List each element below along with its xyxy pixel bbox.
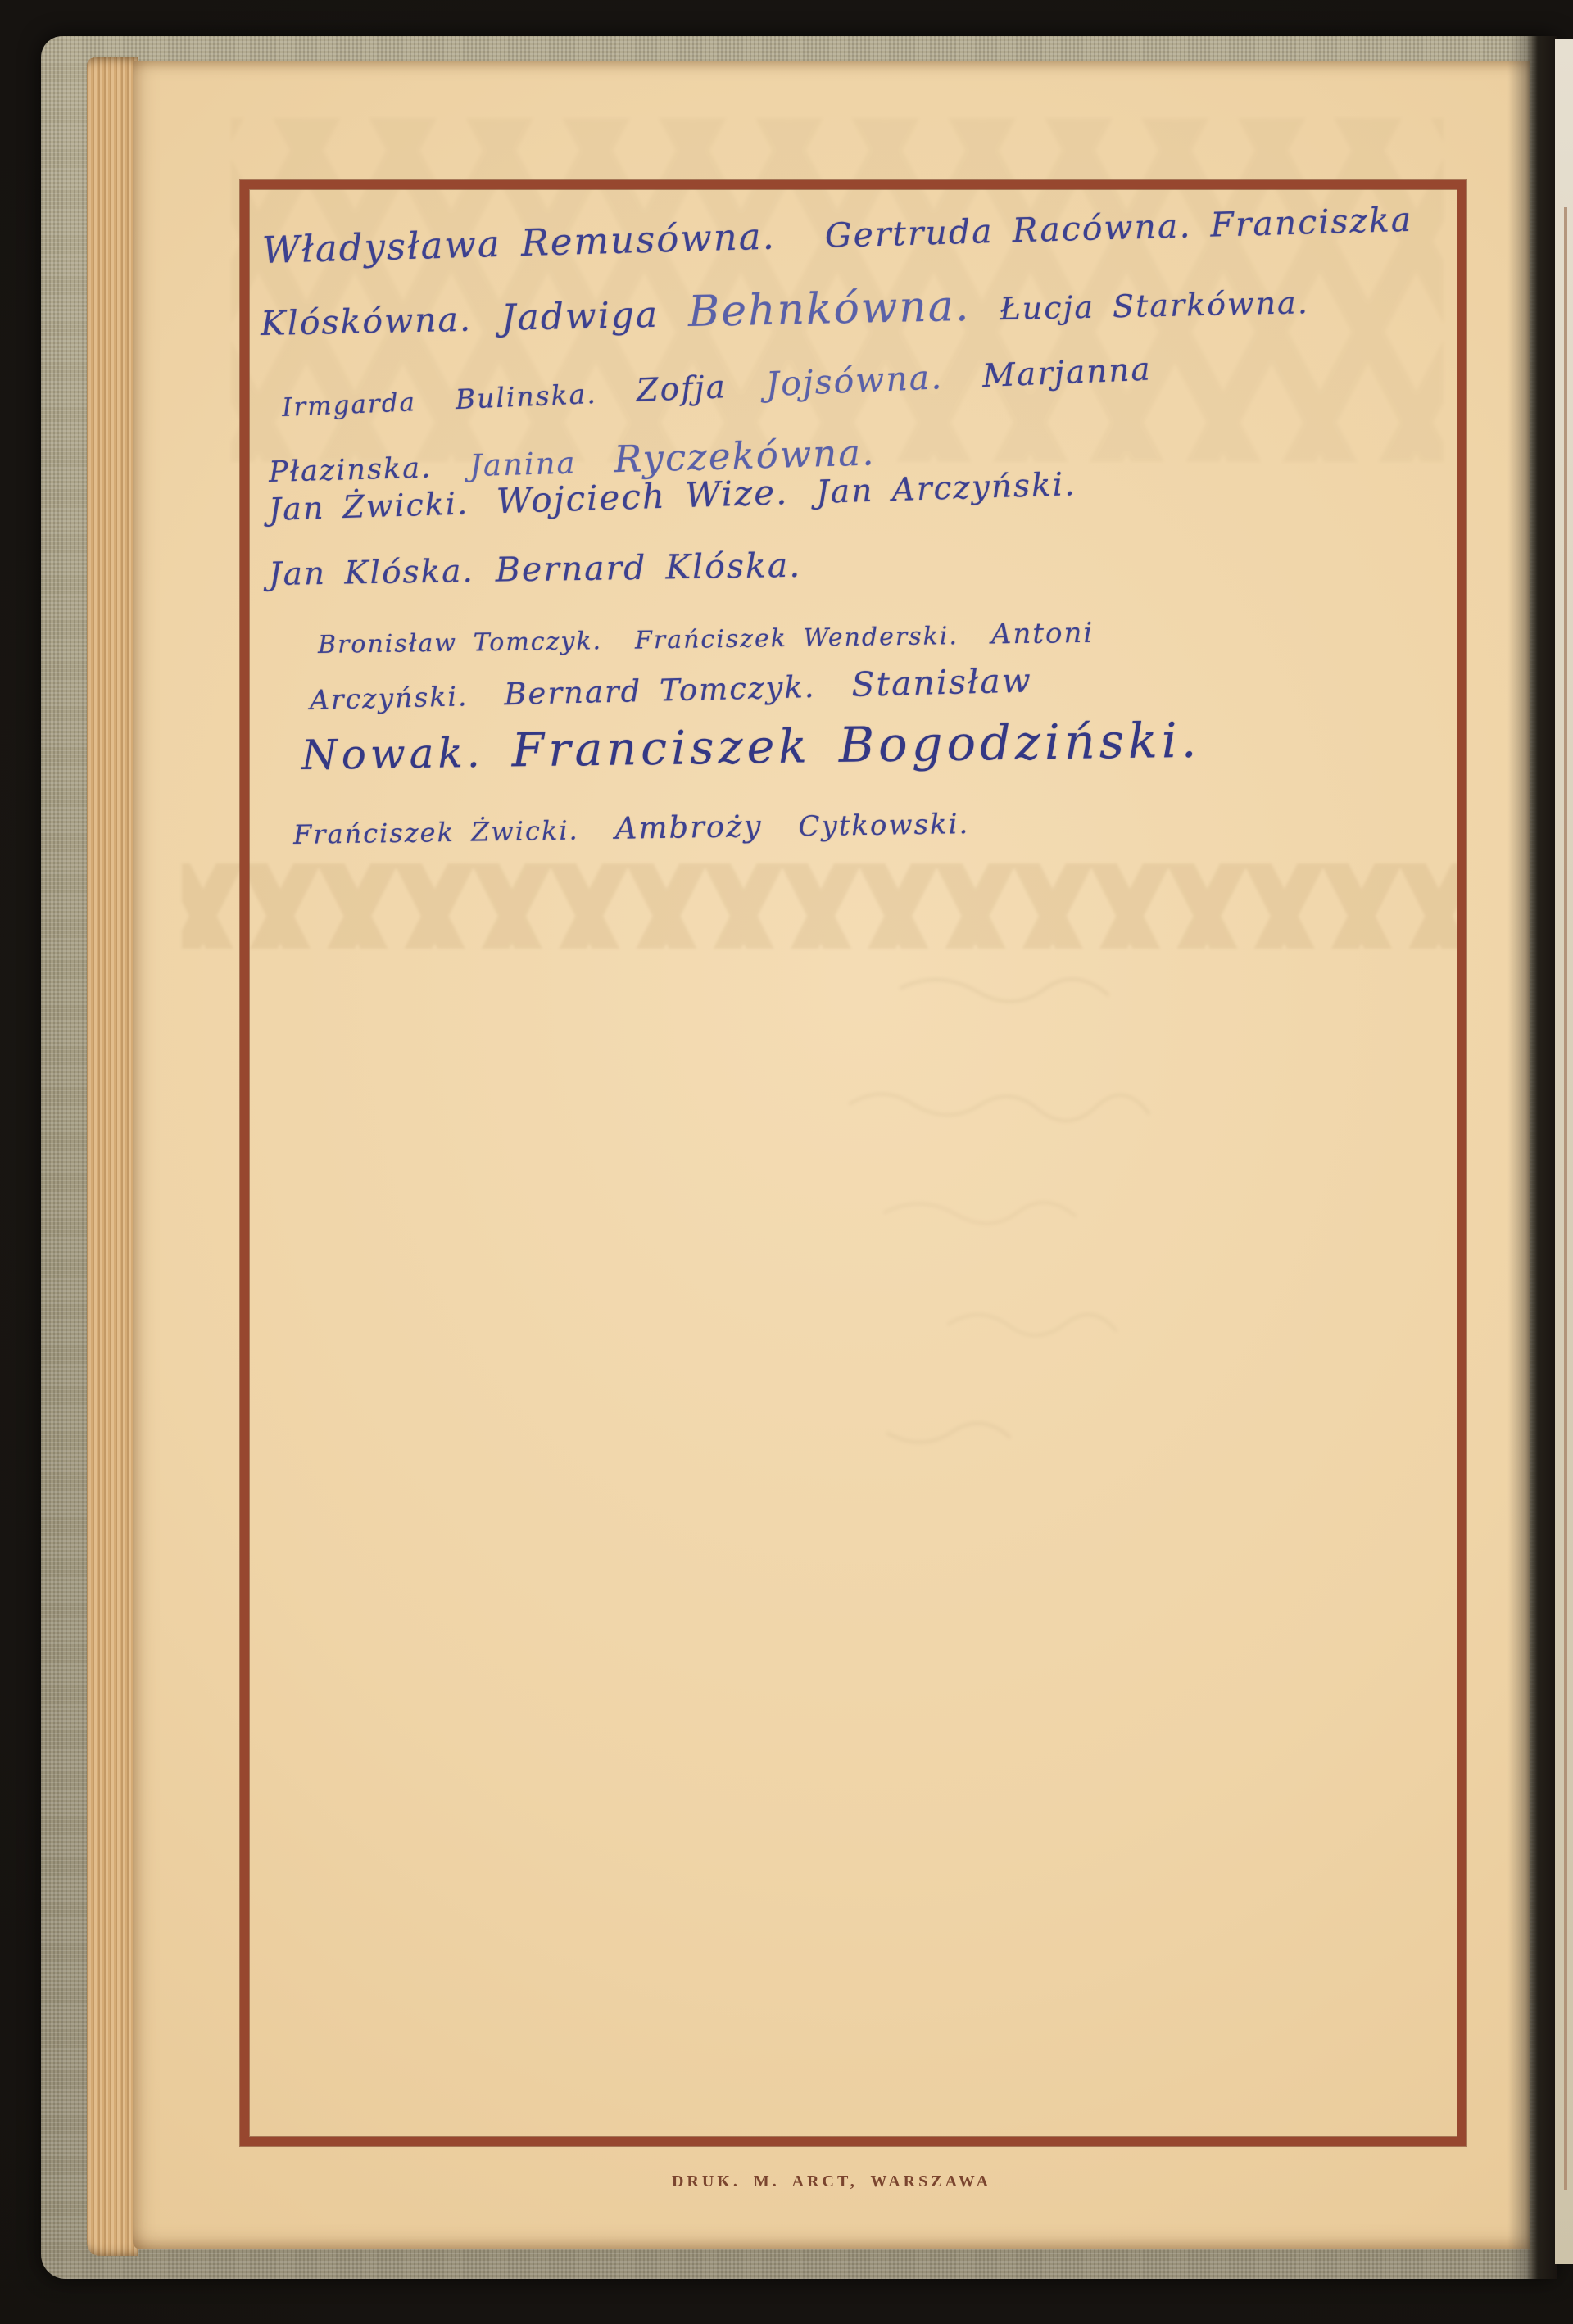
signature-line: Frańciszek Żwicki. Ambroży Cytkowski. xyxy=(293,805,970,851)
signature: Stanisław xyxy=(851,660,1033,704)
signature-line: Irmgarda Bulinska. Zofja Jojsówna. Marja… xyxy=(281,349,1153,424)
signature: Janina xyxy=(469,446,577,484)
facing-page-frame-line xyxy=(1564,207,1567,2190)
signature: Bulinska. xyxy=(455,378,597,415)
signature: Frańciszek Żwicki. xyxy=(293,815,579,850)
signature: Behnkówna. xyxy=(687,282,971,337)
signature: Antoni xyxy=(991,617,1095,651)
signature: Bronisław Tomczyk. xyxy=(318,627,603,659)
signature: Bogodziński. xyxy=(838,712,1200,773)
printer-imprint: DRUK. M. ARCT, WARSZAWA xyxy=(133,2172,1530,2191)
signature: Jadwiga xyxy=(501,294,659,339)
signature-line: Arczyński. Bernard Tomczyk. Stanisław xyxy=(309,660,1032,718)
signature: Wojciech Wize. xyxy=(496,472,789,521)
show-through-handwriting xyxy=(485,945,1206,1519)
page-edge-shadow xyxy=(1507,36,1557,2279)
signature-line: Władysława Remusówna. Gertruda Racówna. … xyxy=(261,197,1413,272)
signature: Frańciszek Wenderski. xyxy=(635,622,959,655)
signature: Łucja Starkówna. xyxy=(1000,284,1309,327)
signature: Jan Klóska. xyxy=(269,553,474,593)
signature: Władysława Remusówna. xyxy=(261,215,776,272)
show-through-ornament-band xyxy=(182,863,1460,949)
signature: Zofja xyxy=(636,369,728,410)
page-edge-stack xyxy=(87,57,138,2256)
signature-line: Jan Klóska. Bernard Klóska. xyxy=(269,546,802,593)
signature: Gertruda Racówna. Franciszka xyxy=(824,200,1413,256)
signature: Jojsówna. xyxy=(765,357,944,404)
signature: Jan Żwicki. xyxy=(268,485,469,528)
signature: Cytkowski. xyxy=(798,808,969,843)
signature: Franciszek xyxy=(511,719,811,777)
signature: Bernard Tomczyk. xyxy=(504,669,816,712)
signature: Arczyński. xyxy=(310,680,469,716)
signature: Marjanna xyxy=(981,351,1152,396)
signature-line: Bronisław Tomczyk. Frańciszek Wenderski.… xyxy=(318,617,1095,660)
signature: Bernard Klóska. xyxy=(495,546,801,590)
facing-page-edge xyxy=(1555,39,1573,2264)
signature: Nowak. xyxy=(301,729,484,779)
signature-line: Klóskówna. Jadwiga Behnkówna. Łucja Star… xyxy=(260,274,1309,346)
album-page: Władysława Remusówna. Gertruda Racówna. … xyxy=(133,61,1530,2249)
signature-line: Nowak. Franciszek Bogodziński. xyxy=(301,712,1201,781)
signature: Klóskówna. xyxy=(261,300,473,343)
signature: Jan Arczyński. xyxy=(816,466,1077,511)
book-scan: Władysława Remusówna. Gertruda Racówna. … xyxy=(0,0,1573,2324)
signature: Ambroży xyxy=(614,809,763,846)
signature: Irmgarda xyxy=(281,387,416,423)
